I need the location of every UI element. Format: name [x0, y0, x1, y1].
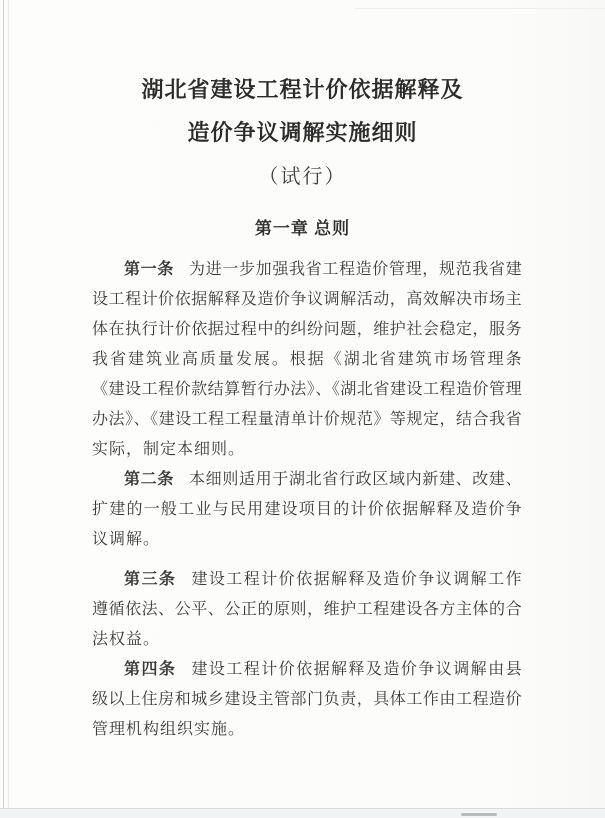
text-line: 办法》、《建设工程工程量清单计价规范》等规定，结合我省	[92, 405, 522, 435]
text-line: 扩建的一般工业与民用建设项目的计价依据解释及造价争	[92, 495, 522, 525]
paragraph-article-2: 第二条本细则适用于湖北省行政区域内新建、改建、 扩建的一般工业与民用建设项目的计…	[92, 465, 522, 555]
scanner-background-strip	[0, 809, 605, 818]
text-line: 体在执行计价依据过程中的纠纷问题，维护社会稳定，服务	[92, 315, 522, 345]
text-line: 第三条建设工程计价依据解释及造价争议调解工作	[92, 565, 522, 595]
article-number: 第三条	[124, 571, 176, 588]
text-run: 为进一步加强我省工程造价管理，规范我省建	[189, 261, 522, 278]
article-number: 第一条	[124, 261, 174, 278]
article-number: 第二条	[124, 471, 174, 488]
text-line: 管理机构组织实施。	[92, 715, 522, 745]
text-line: 我省建筑业高质量发展。根据《湖北省建筑市场管理条例》、	[92, 345, 522, 375]
text-line: 级以上住房和城乡建设主管部门负责，具体工作由工程造价	[92, 685, 522, 715]
paragraph-article-1: 第一条为进一步加强我省工程造价管理，规范我省建 设工程计价依据解释及造价争议调解…	[92, 255, 522, 465]
paragraph-article-3: 第三条建设工程计价依据解释及造价争议调解工作 遵循依法、公平、公正的原则，维护工…	[92, 565, 522, 655]
text-line: 第四条建设工程计价依据解释及造价争议调解由县	[92, 655, 522, 685]
document-body: 第一条为进一步加强我省工程造价管理，规范我省建 设工程计价依据解释及造价争议调解…	[92, 255, 522, 745]
text-line: 第一条为进一步加强我省工程造价管理，规范我省建	[92, 255, 522, 285]
text-line: 《建设工程价款结算暂行办法》、《湖北省建设工程造价管理	[92, 375, 522, 405]
text-run: 本细则适用于湖北省行政区域内新建、改建、	[189, 471, 522, 488]
text-line: 法权益。	[92, 625, 522, 655]
paragraph-article-4: 第四条建设工程计价依据解释及造价争议调解由县 级以上住房和城乡建设主管部门负责，…	[92, 655, 522, 745]
text-line: 设工程计价依据解释及造价争议调解活动，高效解决市场主	[92, 285, 522, 315]
chapter-heading: 第一章 总则	[0, 218, 605, 240]
text-line: 遵循依法、公平、公正的原则，维护工程建设各方主体的合	[92, 595, 522, 625]
text-line: 议调解。	[92, 525, 522, 555]
bottom-scan-mark	[461, 813, 497, 816]
text-run: 建设工程计价依据解释及造价争议调解由县	[191, 661, 522, 678]
text-run: 建设工程计价依据解释及造价争议调解工作	[191, 571, 522, 588]
page-left-edge-line-faint	[8, 0, 9, 809]
doc-title-line-2: 造价争议调解实施细则	[0, 119, 605, 147]
article-number: 第四条	[124, 661, 176, 678]
doc-title-line-1: 湖北省建设工程计价依据解释及	[0, 0, 605, 104]
page-left-edge-line	[3, 0, 4, 809]
text-line: 第二条本细则适用于湖北省行政区域内新建、改建、	[92, 465, 522, 495]
page-top-edge-line	[355, 8, 605, 9]
doc-subtitle-trial: （试行）	[0, 164, 605, 190]
text-line: 实际，制定本细则。	[92, 435, 522, 465]
document-page: 湖北省建设工程计价依据解释及 造价争议调解实施细则 （试行） 第一章 总则 第一…	[0, 0, 605, 818]
